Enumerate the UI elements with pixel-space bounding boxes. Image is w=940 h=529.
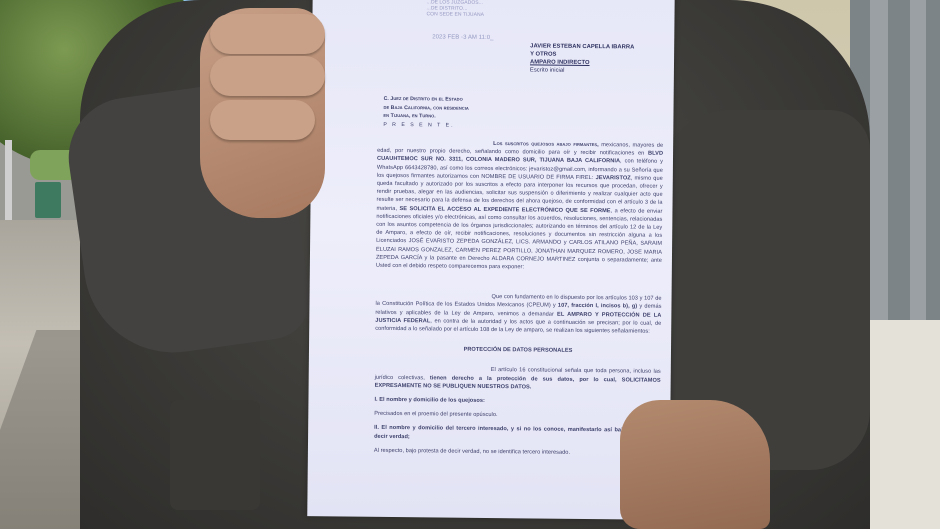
addressee-line: P R E S E N T E. bbox=[383, 121, 468, 130]
request-text: SE SOLICITA EL ACCESO AL EXPEDIENTE ELEC… bbox=[399, 206, 610, 214]
caption-doc-kind: Escrito inicial bbox=[530, 66, 634, 75]
item-1-title: I. El nombre y domicilio de los quejosos… bbox=[374, 396, 660, 407]
paragraph-1: Los suscritos quejosos abajo firmantes, … bbox=[376, 139, 663, 273]
court-stamp: ...DE LOS JUZGADOS... ...DE DISTRITO... … bbox=[426, 0, 484, 18]
section-title: PROTECCIÓN DE DATOS PERSONALES bbox=[375, 345, 661, 356]
document-content: ...DE LOS JUZGADOS... ...DE DISTRITO... … bbox=[367, 0, 655, 2]
finger bbox=[210, 14, 325, 54]
jacket-pocket bbox=[170, 400, 260, 510]
trash-bin bbox=[35, 182, 61, 218]
item-2-text: Al respecto, bajo protesta de decir verd… bbox=[374, 447, 660, 458]
addressee-block: C. Juez de Distrito en el Estado de Baja… bbox=[383, 95, 469, 130]
item-2-title: II. El nombre y domicilio del tercero in… bbox=[374, 424, 660, 443]
photo-scene: ...DE LOS JUZGADOS... ...DE DISTRITO... … bbox=[0, 0, 940, 529]
street-pole bbox=[5, 140, 12, 220]
articles-text: 107, fracción I, incisos b), g) bbox=[558, 303, 637, 310]
paragraph-3: El artículo 16 constitucional señala que… bbox=[375, 365, 661, 393]
case-caption: JAVIER ESTEBAN CAPELLA IBARRA Y OTROS AM… bbox=[530, 42, 635, 75]
addressee-line: C. Juez de Distrito en el Estado bbox=[384, 95, 469, 104]
window-frame bbox=[870, 0, 888, 330]
finger bbox=[210, 100, 315, 140]
finger bbox=[210, 56, 325, 96]
stamp-date: 2023 FEB -3 AM 11:0_ bbox=[432, 33, 493, 42]
window-frame bbox=[910, 0, 926, 330]
paragraph-text: , a efecto de enviar notificaciones ofic… bbox=[376, 208, 663, 271]
paragraph-2: Que con fundamento en lo dispuesto por l… bbox=[375, 292, 661, 336]
paragraph-lead: El artículo 16 constitucional señala que… bbox=[375, 366, 631, 375]
paragraph-lead: Los suscritos quejosos abajo firmantes, bbox=[377, 140, 599, 148]
right-hand bbox=[620, 400, 770, 529]
firel-user: JEVARISTOZ bbox=[596, 175, 631, 181]
item-1-text: Precisados en el proemio del presente op… bbox=[374, 410, 660, 421]
document-body: Los suscritos quejosos abajo firmantes, … bbox=[374, 139, 663, 464]
stamp-line: CON SEDE EN TIJUANA bbox=[426, 11, 484, 18]
